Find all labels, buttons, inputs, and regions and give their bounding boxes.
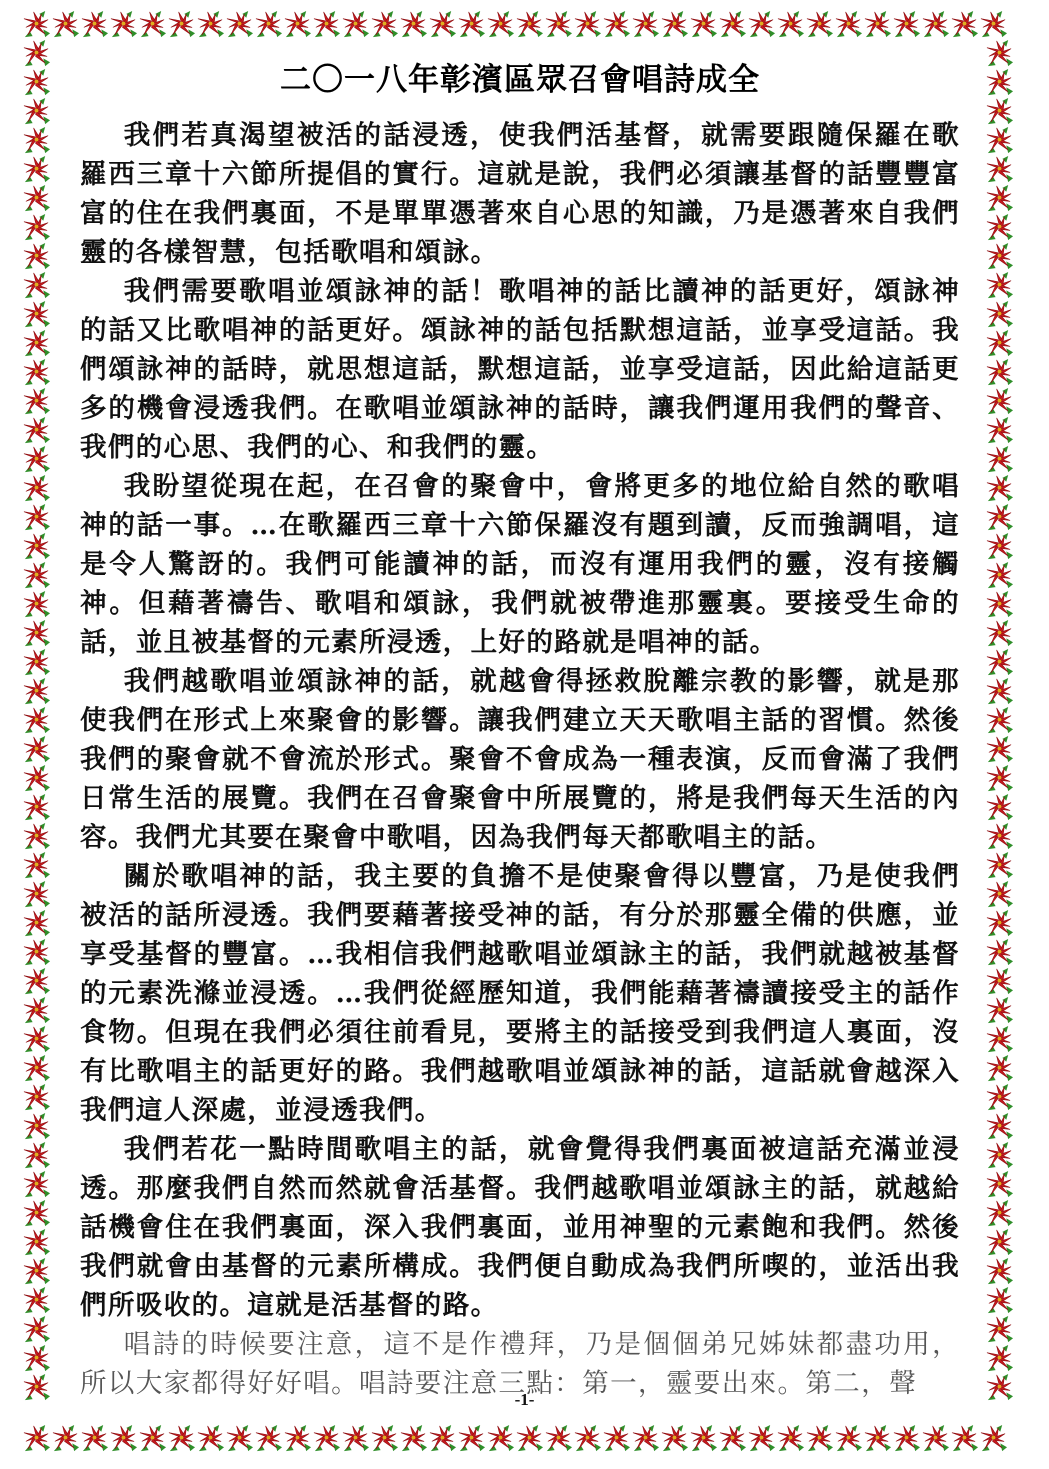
poinsettia-icon — [225, 10, 254, 39]
document-title: 二〇一八年彰濱區眾召會唱詩成全 — [80, 58, 960, 102]
poinsettia-icon — [985, 213, 1014, 242]
poinsettia-icon — [985, 300, 1014, 329]
poinsettia-icon — [985, 1112, 1014, 1141]
poinsettia-icon — [312, 1424, 341, 1453]
poinsettia-icon — [985, 880, 1014, 909]
poinsettia-icon — [457, 1424, 486, 1453]
poinsettia-icon — [985, 1315, 1014, 1344]
poinsettia-icon — [834, 10, 863, 39]
poinsettia-icon — [22, 445, 51, 474]
paragraph-6: 我們若花一點時間歌唱主的話，就會覺得我們裏面被這話充滿並浸透。那麼我們自然而然就… — [80, 1130, 960, 1325]
poinsettia-icon — [602, 10, 631, 39]
poinsettia-icon — [167, 1424, 196, 1453]
poinsettia-icon — [22, 184, 51, 213]
poinsettia-icon — [22, 271, 51, 300]
poinsettia-icon — [921, 1424, 950, 1453]
poinsettia-icon — [22, 329, 51, 358]
poinsettia-icon — [985, 1025, 1014, 1054]
poinsettia-icon — [863, 10, 892, 39]
poinsettia-icon — [22, 1170, 51, 1199]
poinsettia-icon — [985, 938, 1014, 967]
poinsettia-icon — [22, 503, 51, 532]
poinsettia-icon — [747, 1424, 776, 1453]
poinsettia-icon — [985, 68, 1014, 97]
poinsettia-icon — [196, 10, 225, 39]
poinsettia-icon — [80, 10, 109, 39]
paragraph-1: 我們若真渴望被活的話浸透，使我們活基督，就需要跟隨保羅在歌羅西三章十六節所提倡的… — [80, 116, 960, 272]
poinsettia-icon — [428, 10, 457, 39]
poinsettia-icon — [22, 967, 51, 996]
poinsettia-icon — [283, 10, 312, 39]
poinsettia-icon — [22, 358, 51, 387]
poinsettia-icon — [22, 300, 51, 329]
poinsettia-icon — [718, 1424, 747, 1453]
paragraph-3: 我盼望從現在起，在召會的聚會中，會將更多的地位給自然的歌唱神的話一事。…在歌羅西… — [80, 467, 960, 662]
poinsettia-icon — [985, 1141, 1014, 1170]
poinsettia-icon — [22, 1025, 51, 1054]
poinsettia-icon — [985, 242, 1014, 271]
poinsettia-icon — [22, 10, 51, 39]
poinsettia-icon — [22, 1054, 51, 1083]
poinsettia-icon — [985, 793, 1014, 822]
poinsettia-icon — [985, 677, 1014, 706]
poinsettia-icon — [341, 1424, 370, 1453]
poinsettia-icon — [985, 1344, 1014, 1373]
poinsettia-icon — [979, 1424, 1008, 1453]
poinsettia-icon — [985, 1054, 1014, 1083]
poinsettia-icon — [985, 126, 1014, 155]
poinsettia-icon — [985, 590, 1014, 619]
poinsettia-icon — [985, 648, 1014, 677]
poinsettia-icon — [985, 358, 1014, 387]
poinsettia-icon — [22, 1424, 51, 1453]
poinsettia-icon — [22, 909, 51, 938]
poinsettia-icon — [515, 10, 544, 39]
poinsettia-icon — [283, 1424, 312, 1453]
poinsettia-icon — [985, 445, 1014, 474]
poinsettia-icon — [689, 10, 718, 39]
poinsettia-icon — [660, 10, 689, 39]
paragraph-5: 關於歌唱神的話，我主要的負擔不是使聚會得以豐富，乃是使我們被活的話所浸透。我們要… — [80, 857, 960, 1130]
poinsettia-icon — [747, 10, 776, 39]
poinsettia-icon — [515, 1424, 544, 1453]
poinsettia-icon — [109, 1424, 138, 1453]
poinsettia-icon — [985, 764, 1014, 793]
poinsettia-icon — [631, 1424, 660, 1453]
poinsettia-icon — [22, 706, 51, 735]
paragraph-4: 我們越歌唱並頌詠神的話，就越會得拯救脫離宗教的影響，就是那使我們在形式上來聚會的… — [80, 662, 960, 857]
poinsettia-icon — [892, 1424, 921, 1453]
poinsettia-icon — [22, 677, 51, 706]
poinsettia-icon — [22, 213, 51, 242]
poinsettia-icon — [985, 184, 1014, 213]
poinsettia-icon — [51, 1424, 80, 1453]
poinsettia-icon — [486, 10, 515, 39]
poinsettia-icon — [80, 1424, 109, 1453]
poinsettia-icon — [985, 996, 1014, 1025]
poinsettia-icon — [985, 97, 1014, 126]
poinsettia-icon — [22, 68, 51, 97]
poinsettia-icon — [985, 271, 1014, 300]
poinsettia-icon — [457, 10, 486, 39]
poinsettia-icon — [22, 126, 51, 155]
poinsettia-icon — [254, 10, 283, 39]
poinsettia-icon — [573, 1424, 602, 1453]
poinsettia-icon — [985, 1257, 1014, 1286]
poinsettia-icon — [22, 1286, 51, 1315]
poinsettia-icon — [805, 1424, 834, 1453]
poinsettia-icon — [22, 938, 51, 967]
poinsettia-icon — [22, 474, 51, 503]
poinsettia-icon — [985, 1170, 1014, 1199]
poinsettia-icon — [544, 10, 573, 39]
poinsettia-icon — [22, 735, 51, 764]
poinsettia-icon — [22, 764, 51, 793]
poinsettia-icon — [985, 1083, 1014, 1112]
poinsettia-icon — [950, 1424, 979, 1453]
poinsettia-icon — [892, 10, 921, 39]
poinsettia-icon — [718, 10, 747, 39]
poinsettia-icon — [341, 10, 370, 39]
poinsettia-icon — [985, 39, 1014, 68]
poinsettia-border-left — [22, 39, 52, 1425]
poinsettia-icon — [22, 561, 51, 590]
poinsettia-icon — [138, 1424, 167, 1453]
poinsettia-icon — [985, 851, 1014, 880]
poinsettia-icon — [805, 10, 834, 39]
poinsettia-icon — [22, 996, 51, 1025]
poinsettia-icon — [22, 1083, 51, 1112]
poinsettia-icon — [486, 1424, 515, 1453]
poinsettia-icon — [22, 1315, 51, 1344]
poinsettia-icon — [985, 1286, 1014, 1315]
poinsettia-icon — [22, 793, 51, 822]
poinsettia-icon — [863, 1424, 892, 1453]
poinsettia-icon — [138, 10, 167, 39]
poinsettia-icon — [921, 10, 950, 39]
poinsettia-icon — [979, 10, 1008, 39]
poinsettia-icon — [22, 387, 51, 416]
poinsettia-icon — [22, 1112, 51, 1141]
poinsettia-icon — [985, 909, 1014, 938]
poinsettia-icon — [985, 735, 1014, 764]
poinsettia-icon — [985, 329, 1014, 358]
poinsettia-icon — [399, 1424, 428, 1453]
page-number: -1- — [0, 1390, 1049, 1410]
poinsettia-icon — [985, 561, 1014, 590]
poinsettia-icon — [834, 1424, 863, 1453]
poinsettia-icon — [51, 10, 80, 39]
poinsettia-icon — [428, 1424, 457, 1453]
poinsettia-icon — [22, 416, 51, 445]
poinsettia-icon — [312, 10, 341, 39]
poinsettia-icon — [985, 1228, 1014, 1257]
poinsettia-icon — [22, 532, 51, 561]
poinsettia-icon — [225, 1424, 254, 1453]
poinsettia-icon — [22, 590, 51, 619]
poinsettia-icon — [22, 242, 51, 271]
poinsettia-icon — [22, 619, 51, 648]
poinsettia-icon — [22, 1199, 51, 1228]
poinsettia-icon — [370, 1424, 399, 1453]
poinsettia-icon — [399, 10, 428, 39]
poinsettia-border-right — [985, 39, 1015, 1425]
poinsettia-icon — [573, 10, 602, 39]
poinsettia-icon — [660, 1424, 689, 1453]
poinsettia-icon — [985, 155, 1014, 184]
poinsettia-icon — [109, 10, 138, 39]
poinsettia-icon — [950, 10, 979, 39]
poinsettia-icon — [985, 706, 1014, 735]
document-page: 二〇一八年彰濱區眾召會唱詩成全 我們若真渴望被活的話浸透，使我們活基督，就需要跟… — [80, 58, 960, 1403]
poinsettia-icon — [22, 97, 51, 126]
poinsettia-icon — [985, 1199, 1014, 1228]
poinsettia-icon — [22, 1257, 51, 1286]
poinsettia-icon — [689, 1424, 718, 1453]
poinsettia-icon — [22, 39, 51, 68]
poinsettia-border-bottom — [22, 1424, 1018, 1454]
poinsettia-icon — [985, 416, 1014, 445]
poinsettia-icon — [985, 387, 1014, 416]
poinsettia-icon — [985, 619, 1014, 648]
poinsettia-icon — [985, 532, 1014, 561]
poinsettia-icon — [602, 1424, 631, 1453]
poinsettia-icon — [254, 1424, 283, 1453]
poinsettia-icon — [22, 851, 51, 880]
poinsettia-icon — [985, 967, 1014, 996]
poinsettia-icon — [196, 1424, 225, 1453]
poinsettia-icon — [985, 474, 1014, 503]
poinsettia-icon — [22, 648, 51, 677]
poinsettia-icon — [22, 822, 51, 851]
poinsettia-icon — [631, 10, 660, 39]
poinsettia-icon — [22, 1344, 51, 1373]
poinsettia-icon — [22, 1228, 51, 1257]
poinsettia-icon — [167, 10, 196, 39]
poinsettia-icon — [985, 822, 1014, 851]
poinsettia-icon — [776, 1424, 805, 1453]
poinsettia-border-top — [22, 10, 1018, 40]
poinsettia-icon — [776, 10, 805, 39]
poinsettia-icon — [985, 503, 1014, 532]
poinsettia-icon — [22, 880, 51, 909]
poinsettia-icon — [22, 155, 51, 184]
poinsettia-icon — [544, 1424, 573, 1453]
paragraph-2: 我們需要歌唱並頌詠神的話！歌唱神的話比讀神的話更好，頌詠神的話又比歌唱神的話更好… — [80, 272, 960, 467]
poinsettia-icon — [370, 10, 399, 39]
poinsettia-icon — [22, 1141, 51, 1170]
